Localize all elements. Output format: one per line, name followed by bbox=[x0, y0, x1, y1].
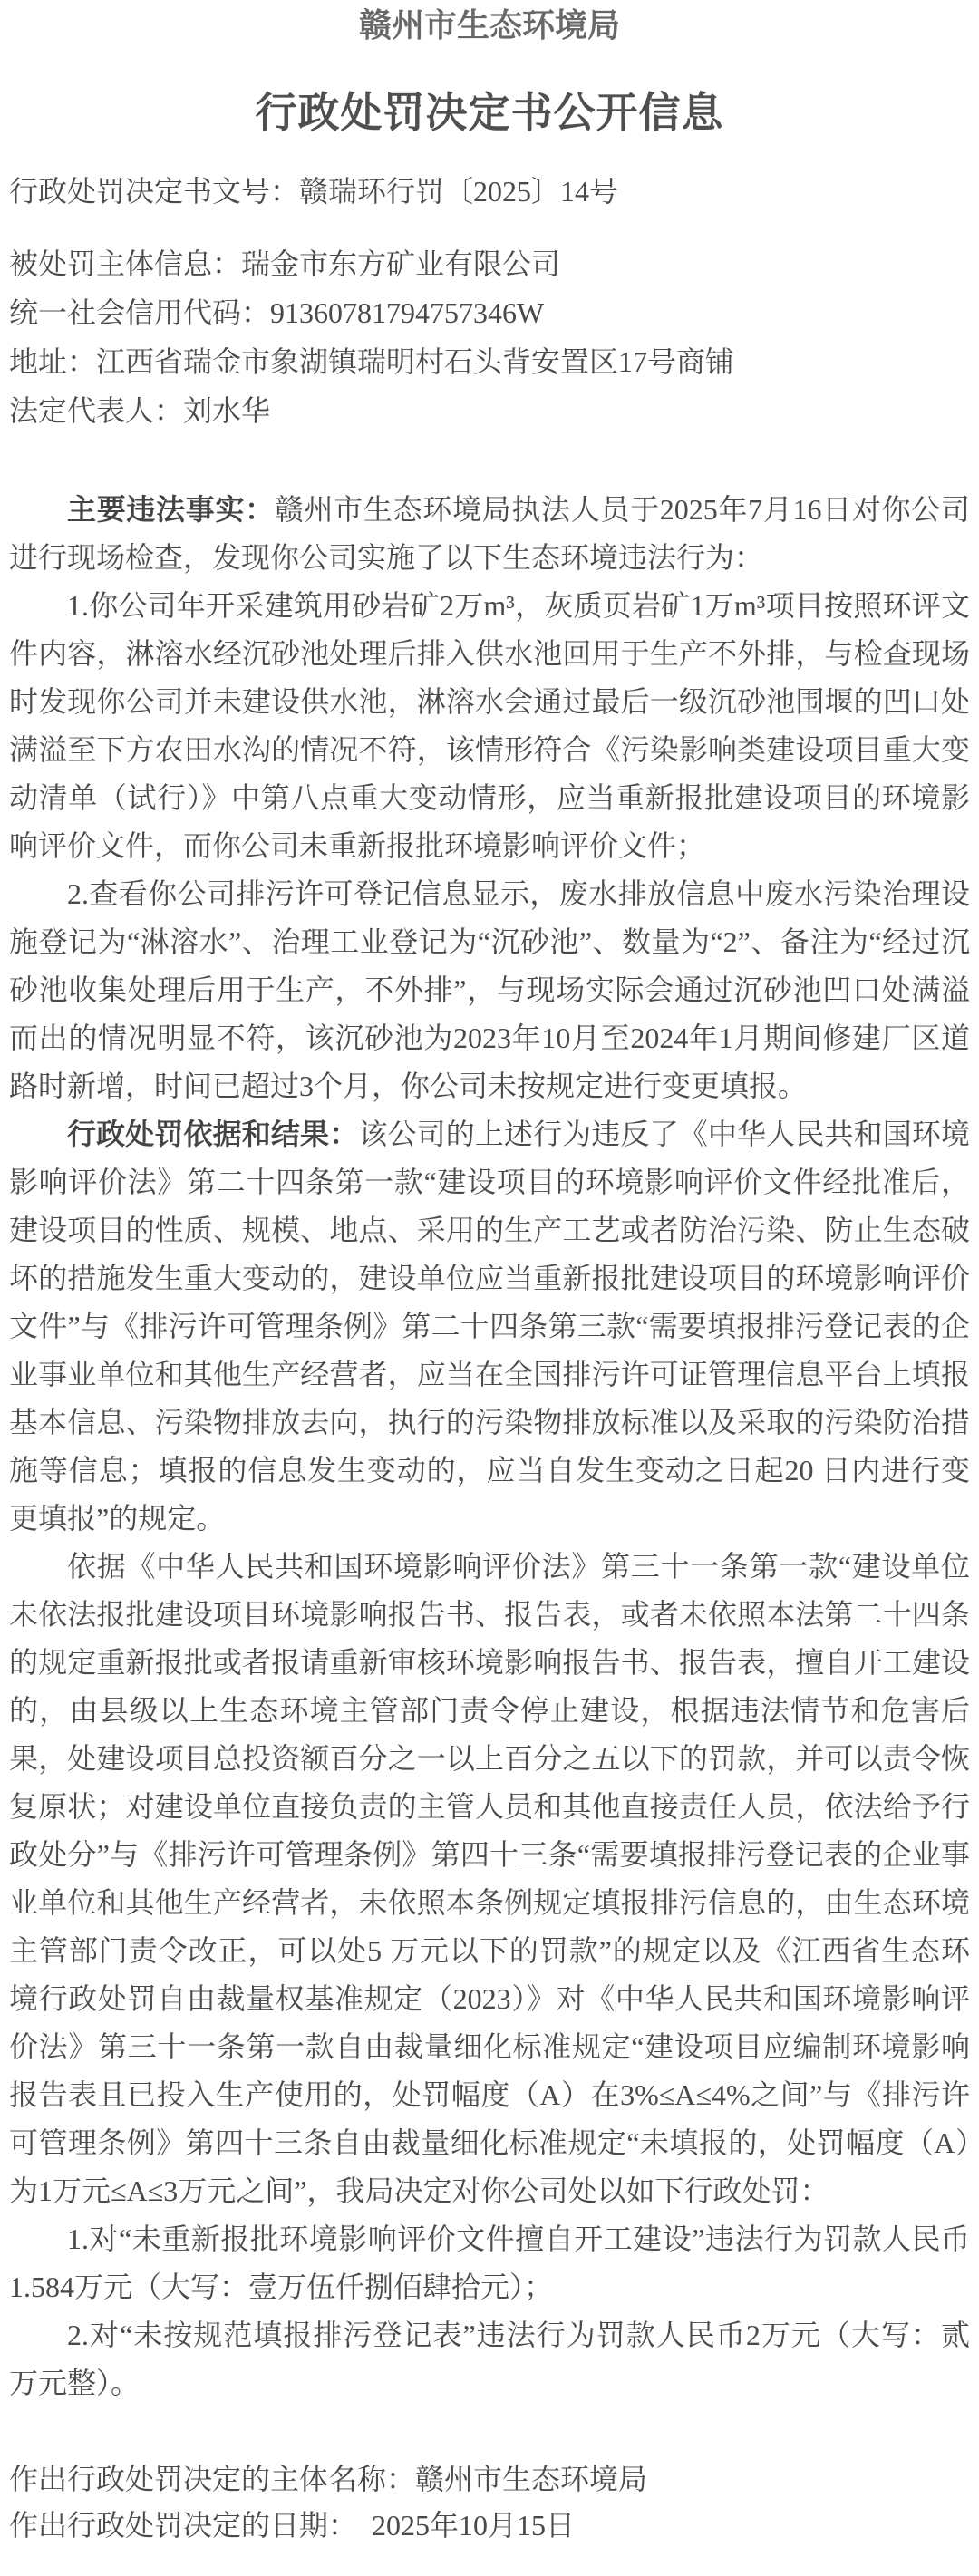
body-section: 主要违法事实：赣州市生态环境局执法人员于2025年7月16日对你公司进行现场检查… bbox=[9, 486, 970, 2407]
violation-2-text: 2.查看你公司排污许可登记信息显示，废水排放信息中废水污染治理设施登记为“淋溶水… bbox=[9, 877, 970, 1102]
penalty-item-1-text: 1.对“未重新报批环境影响评价文件擅自开工建设”违法行为罚款人民币1.584万元… bbox=[9, 2223, 970, 2303]
penalty-basis-text: 该公司的上述行为违反了《中华人民共和国环境影响评价法》第二十四条第一款“建设项目… bbox=[9, 1118, 970, 1535]
paragraph-main-facts-intro: 主要违法事实：赣州市生态环境局执法人员于2025年7月16日对你公司进行现场检查… bbox=[9, 486, 970, 582]
paragraph-penalty-item-2: 2.对“未按规范填报排污登记表”违法行为罚款人民币2万元（大写：贰万元整）。 bbox=[9, 2311, 970, 2407]
legal-grounds-text: 依据《中华人民共和国环境影响评价法》第三十一条第一款“建设单位未依法报批建设项目… bbox=[9, 1550, 970, 2207]
meta-line-legal-representative: 法定代表人：刘水华 bbox=[9, 386, 970, 435]
penalty-item-2-text: 2.对“未按规范填报排污登记表”违法行为罚款人民币2万元（大写：贰万元整）。 bbox=[9, 2319, 970, 2399]
paragraph-violation-1: 1.你公司年开采建筑用砂岩矿2万m³，灰质页岩矿1万m³项目按照环评文件内容，淋… bbox=[9, 582, 970, 870]
paragraph-penalty-item-1: 1.对“未重新报批环境影响评价文件擅自开工建设”违法行为罚款人民币1.584万元… bbox=[9, 2215, 970, 2311]
meta-line-doc-number: 行政处罚决定书文号：赣瑞环行罚〔2025〕14号 bbox=[9, 167, 970, 216]
doc-title: 行政处罚决定书公开信息 bbox=[9, 87, 970, 140]
meta-line-penalized-entity: 被处罚主体信息：瑞金市东方矿业有限公司 bbox=[9, 239, 970, 288]
violation-1-text: 1.你公司年开采建筑用砂岩矿2万m³，灰质页岩矿1万m³项目按照环评文件内容，淋… bbox=[9, 589, 970, 862]
penalty-basis-label: 行政处罚依据和结果： bbox=[67, 1118, 358, 1150]
org-name-header: 赣州市生态环境局 bbox=[9, 5, 970, 45]
meta-line-credit-code: 统一社会信用代码：91360781794757346W bbox=[9, 288, 970, 337]
paragraph-penalty-basis: 行政处罚依据和结果：该公司的上述行为违反了《中华人民共和国环境影响评价法》第二十… bbox=[9, 1110, 970, 1543]
main-facts-label: 主要违法事实： bbox=[67, 493, 275, 526]
paragraph-violation-2: 2.查看你公司排污许可登记信息显示，废水排放信息中废水污染治理设施登记为“淋溶水… bbox=[9, 870, 970, 1110]
meta-line-address: 地址：江西省瑞金市象湖镇瑞明村石头背安置区17号商铺 bbox=[9, 337, 970, 386]
footer-authority-line: 作出行政处罚决定的主体名称：赣州市生态环境局 bbox=[9, 2456, 970, 2503]
document-page: 赣州市生态环境局 行政处罚决定书公开信息 行政处罚决定书文号：赣瑞环行罚〔202… bbox=[0, 0, 979, 2576]
footer-section: 作出行政处罚决定的主体名称：赣州市生态环境局 作出行政处罚决定的日期： 2025… bbox=[9, 2456, 970, 2549]
meta-section: 行政处罚决定书文号：赣瑞环行罚〔2025〕14号 被处罚主体信息：瑞金市东方矿业… bbox=[9, 167, 970, 435]
paragraph-legal-grounds: 依据《中华人民共和国环境影响评价法》第三十一条第一款“建设单位未依法报批建设项目… bbox=[9, 1543, 970, 2215]
footer-date-line: 作出行政处罚决定的日期： 2025年10月15日 bbox=[9, 2503, 970, 2549]
